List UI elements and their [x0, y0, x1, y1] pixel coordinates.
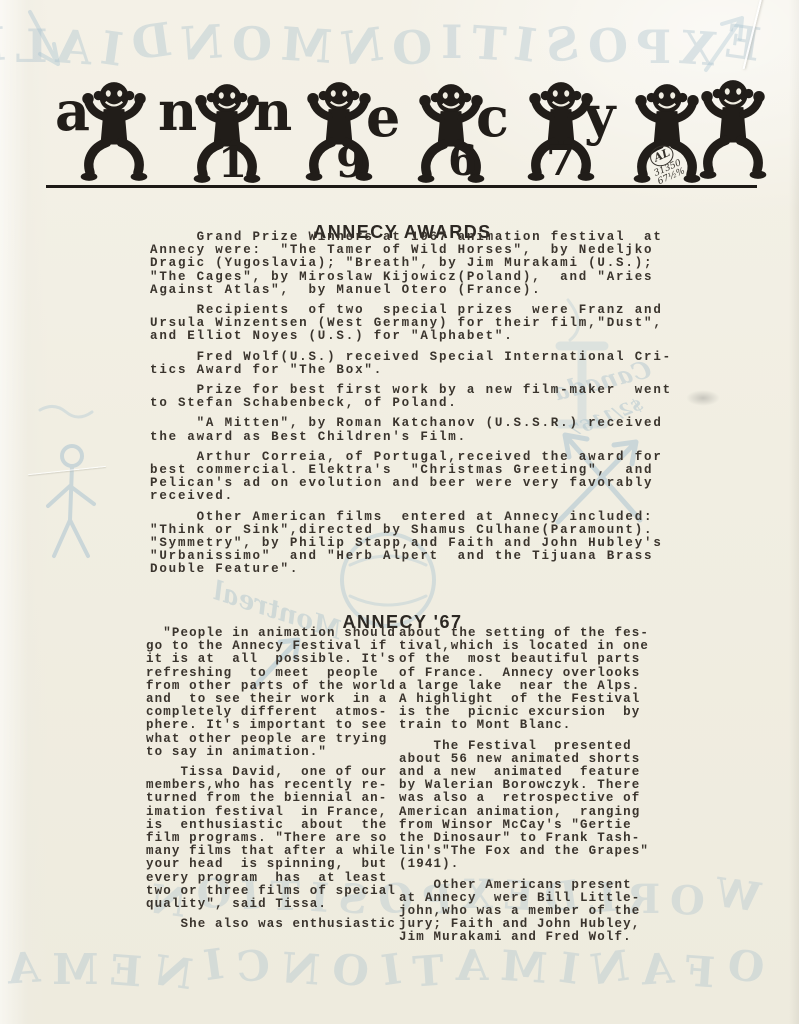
- column-paragraph: "People in animation should go to the An…: [146, 627, 398, 759]
- awards-paragraph: Prize for best first work by a new film-…: [150, 384, 662, 410]
- awards-paragraph: Grand Prize Winners at 1967 animation fe…: [150, 231, 662, 297]
- column-paragraph: about the setting of the fes- tival,whic…: [399, 627, 661, 733]
- annecy67-left-column: "People in animation should go to the An…: [146, 627, 398, 938]
- awards-paragraph: Arthur Correia, of Portugal,received the…: [150, 451, 662, 504]
- masthead-digit-6: 6: [448, 140, 477, 182]
- column-paragraph: She also was enthusiastic: [146, 918, 398, 931]
- annecy67-right-column: about the setting of the fes- tival,whic…: [399, 627, 661, 952]
- column-paragraph: Tissa David, one of our members,who has …: [146, 766, 398, 911]
- column-paragraph: Other Americans present at Annecy were B…: [399, 879, 661, 945]
- awards-paragraph: Other American films entered at Annecy i…: [150, 511, 662, 577]
- masthead-digit-1: 1: [218, 142, 247, 184]
- awards-section: Grand Prize Winners at 1967 animation fe…: [150, 231, 662, 584]
- awards-paragraph: "A Mitten", by Roman Katchanov (U.S.S.R.…: [150, 417, 662, 443]
- scanned-newsletter-page: EXPOSITION MONDIALE WORLD EXPOSITION OF …: [0, 0, 799, 1024]
- crouching-monkey-icon: [694, 78, 772, 182]
- awards-paragraph: Fred Wolf(U.S.) received Special Interna…: [150, 351, 662, 377]
- crouching-monkey-icon: [75, 80, 153, 184]
- column-paragraph: The Festival presented about 56 new anim…: [399, 740, 661, 872]
- masthead-digit-9: 9: [336, 142, 365, 184]
- paper-smudge: [686, 390, 720, 406]
- paper-crease-left: [28, 466, 106, 475]
- masthead-rule: [46, 185, 757, 188]
- awards-paragraph: Recipients of two special prizes were Fr…: [150, 304, 662, 344]
- masthead-digit-7: 7: [546, 140, 575, 182]
- masthead: a n n e c y 1 9 6 7 AL 31350 67½%: [0, 0, 799, 195]
